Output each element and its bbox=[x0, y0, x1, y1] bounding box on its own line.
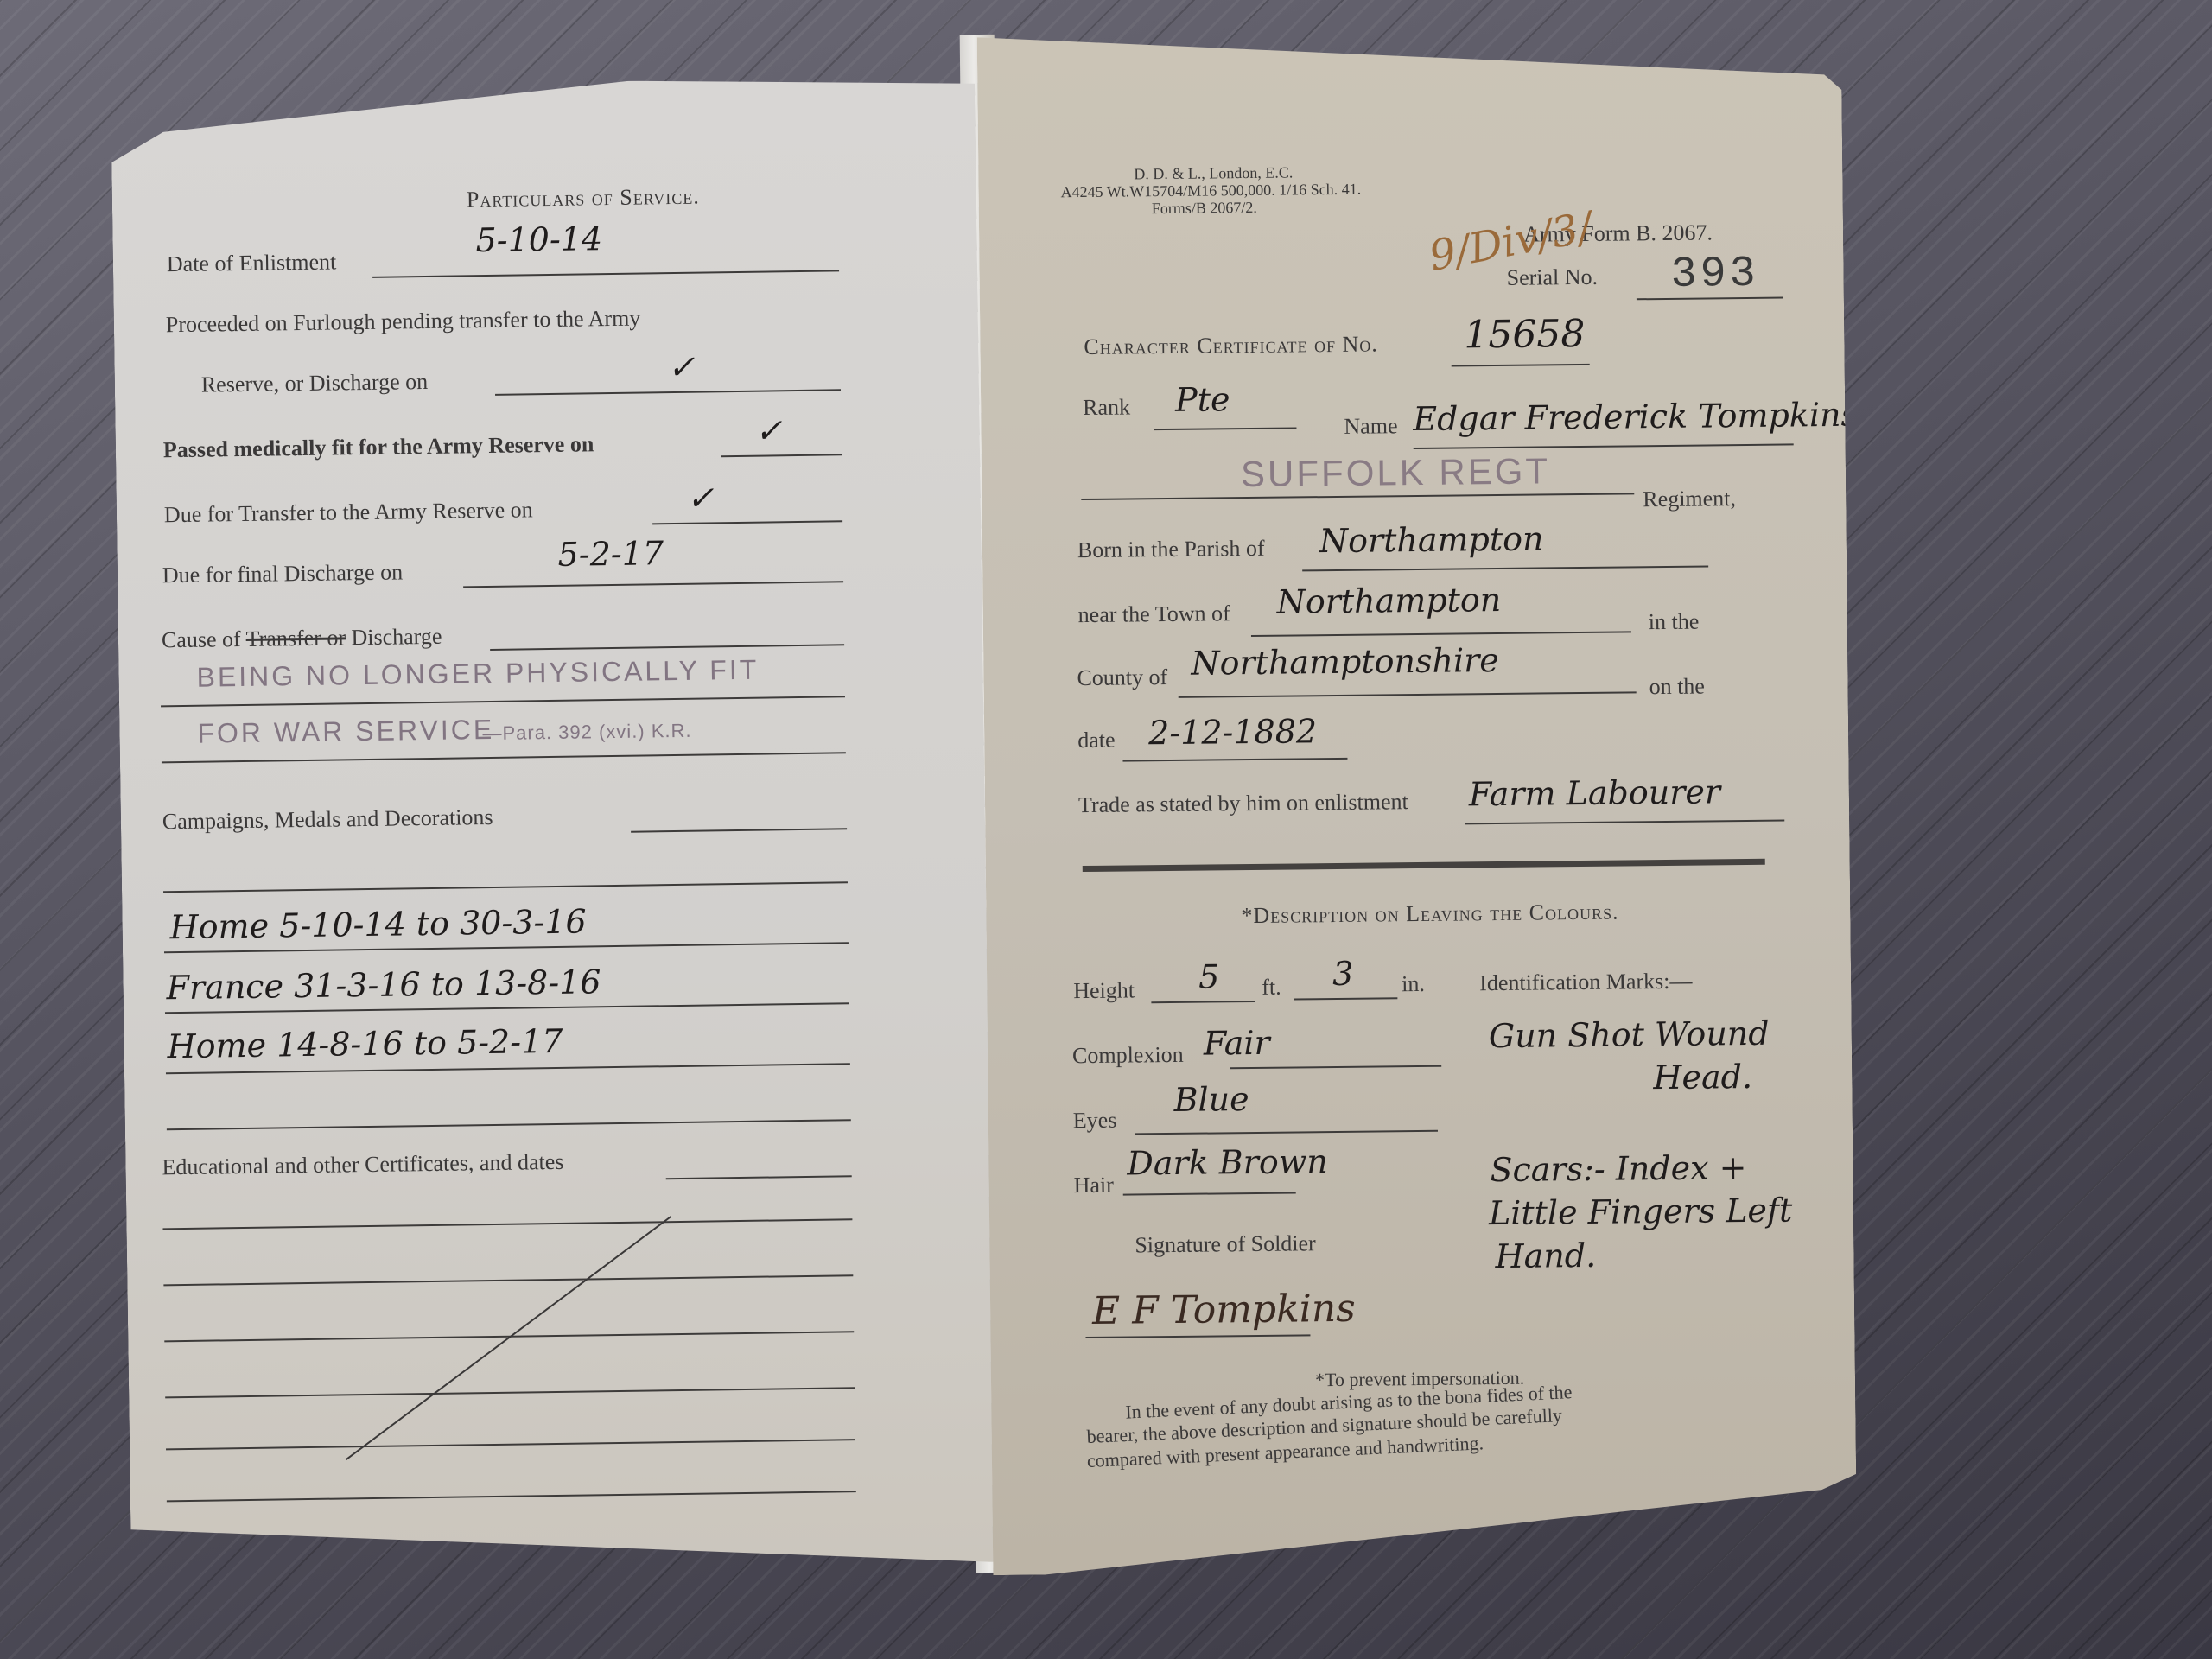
rank-value: Pte bbox=[1175, 380, 1230, 419]
page-heading: Particulars of Service. bbox=[467, 184, 700, 213]
campaigns-line-5 bbox=[167, 1119, 851, 1130]
eyes-line bbox=[1135, 1130, 1438, 1135]
parish-value: Northampton bbox=[1319, 519, 1544, 560]
complexion-label: Complexion bbox=[1072, 1042, 1184, 1069]
description-heading: *Description on Leaving the Colours. bbox=[1241, 899, 1618, 930]
town-line bbox=[1251, 631, 1631, 637]
section-divider bbox=[1083, 859, 1765, 872]
complexion-value: Fair bbox=[1204, 1024, 1270, 1063]
serial-line bbox=[1637, 297, 1783, 301]
medically-fit-line bbox=[721, 454, 842, 457]
date-value: 2-12-1882 bbox=[1148, 712, 1317, 752]
certificate-number: 15658 bbox=[1464, 312, 1586, 357]
character-certificate-page: D. D. & L., London, E.C. A4245 Wt.W15704… bbox=[977, 29, 1858, 1575]
campaign-entry-3: Home 14-8-16 to 5-2-17 bbox=[167, 1022, 563, 1065]
transfer-reserve-tick: ✓ bbox=[686, 479, 714, 517]
campaigns-label: Campaigns, Medals and Decorations bbox=[162, 804, 493, 835]
scars-line-3: Hand. bbox=[1495, 1236, 1596, 1275]
certificates-line-6 bbox=[167, 1491, 856, 1502]
transfer-reserve-label: Due for Transfer to the Army Reserve on bbox=[164, 497, 533, 528]
hair-value: Dark Brown bbox=[1127, 1142, 1328, 1182]
ft-label: ft. bbox=[1262, 975, 1281, 1001]
complexion-line bbox=[1230, 1065, 1441, 1070]
height-label: Height bbox=[1073, 977, 1135, 1004]
name-line bbox=[1414, 443, 1794, 449]
in-label: in. bbox=[1402, 971, 1425, 997]
cause-stamp-ref: —Para. 392 (xvi.) K.R. bbox=[482, 720, 691, 745]
furlough-label: Proceeded on Furlough pending transfer t… bbox=[166, 306, 641, 339]
certificates-line-2 bbox=[163, 1274, 853, 1286]
cause-line-2 bbox=[161, 696, 845, 707]
campaign-entry-2: France 31-3-16 to 13-8-16 bbox=[166, 963, 601, 1007]
campaigns-line-1 bbox=[163, 881, 848, 893]
date-label: date bbox=[1077, 728, 1116, 753]
medically-fit-tick: ✓ bbox=[754, 411, 782, 449]
identification-marks-label: Identification Marks:— bbox=[1479, 969, 1693, 997]
cause-line-1 bbox=[490, 644, 844, 651]
certificates-label: Educational and other Certificates, and … bbox=[162, 1149, 563, 1180]
soldier-signature: E F Tompkins bbox=[1092, 1287, 1356, 1333]
certificates-line-5 bbox=[166, 1439, 855, 1450]
height-ft-line bbox=[1151, 1001, 1255, 1003]
enlistment-value: 5-10-14 bbox=[475, 219, 602, 259]
trade-line bbox=[1465, 820, 1784, 825]
final-discharge-value: 5-2-17 bbox=[557, 534, 664, 574]
scars-line-1: Scars:- Index + bbox=[1490, 1148, 1746, 1189]
rank-label: Rank bbox=[1083, 394, 1130, 421]
name-value: Edgar Frederick Tompkins bbox=[1413, 396, 1858, 438]
hair-label: Hair bbox=[1073, 1173, 1114, 1198]
campaigns-line-4 bbox=[166, 1063, 850, 1074]
cause-prefix: Cause of bbox=[162, 626, 241, 652]
scars-line-2: Little Fingers Left bbox=[1489, 1191, 1793, 1232]
county-line bbox=[1179, 691, 1637, 698]
final-discharge-label: Due for final Discharge on bbox=[162, 559, 404, 588]
cause-line-3 bbox=[162, 752, 846, 763]
town-value: Northampton bbox=[1276, 581, 1501, 621]
id-marks-line-2: Head. bbox=[1653, 1058, 1752, 1096]
serial-label: Serial No. bbox=[1507, 264, 1599, 291]
trade-value: Farm Labourer bbox=[1469, 772, 1721, 813]
certificates-line-0 bbox=[666, 1175, 852, 1179]
eyes-label: Eyes bbox=[1073, 1108, 1117, 1135]
trade-label: Trade as stated by him on enlistment bbox=[1078, 789, 1408, 818]
signature-line bbox=[1085, 1334, 1310, 1338]
reserve-discharge-line bbox=[495, 389, 841, 396]
transfer-reserve-line bbox=[652, 520, 842, 524]
in-the-label: in the bbox=[1649, 609, 1700, 636]
town-label: near the Town of bbox=[1078, 601, 1230, 628]
parish-line bbox=[1302, 565, 1708, 571]
signature-label: Signature of Soldier bbox=[1135, 1230, 1316, 1258]
regiment-label: Regiment, bbox=[1643, 486, 1736, 512]
cause-struck-text: Transfer or bbox=[245, 625, 346, 652]
on-the-label: on the bbox=[1649, 674, 1705, 701]
campaign-entry-1: Home 5-10-14 to 30-3-16 bbox=[169, 902, 587, 946]
parish-label: Born in the Parish of bbox=[1077, 536, 1265, 563]
final-discharge-line bbox=[463, 581, 843, 588]
certificate-number-line bbox=[1452, 364, 1590, 367]
reserve-discharge-tick: ✓ bbox=[667, 348, 695, 386]
height-in-line bbox=[1294, 997, 1397, 1000]
certificate-label: Character Certificate of No. bbox=[1084, 331, 1378, 360]
particulars-of-service-page: Particulars of Service. Date of Enlistme… bbox=[111, 76, 995, 1574]
certificates-line-1 bbox=[162, 1218, 852, 1230]
name-label: Name bbox=[1344, 413, 1397, 440]
serial-value: 393 bbox=[1670, 250, 1759, 300]
eyes-value: Blue bbox=[1173, 1080, 1249, 1119]
county-value: Northamptonshire bbox=[1191, 641, 1499, 683]
enlistment-label: Date of Enlistment bbox=[167, 249, 337, 277]
medically-fit-label: Passed medically fit for the Army Reserv… bbox=[163, 431, 594, 463]
hair-line bbox=[1123, 1192, 1296, 1195]
county-label: County of bbox=[1077, 664, 1167, 691]
campaigns-line-0 bbox=[631, 828, 847, 832]
rank-line bbox=[1154, 427, 1296, 430]
regiment-stamp: SUFFOLK REGT bbox=[1241, 450, 1551, 495]
date-line bbox=[1122, 758, 1347, 762]
cause-stamp-line2: FOR WAR SERVICE bbox=[197, 714, 494, 750]
id-marks-line-1: Gun Shot Wound bbox=[1489, 1014, 1770, 1055]
reserve-discharge-label: Reserve, or Discharge on bbox=[201, 369, 429, 398]
height-ft-value: 5 bbox=[1198, 957, 1220, 995]
enlistment-line bbox=[372, 270, 839, 278]
cause-of-discharge-label: Cause of Transfer or Discharge bbox=[162, 624, 442, 654]
certificates-line-4 bbox=[165, 1387, 855, 1398]
cause-suffix: Discharge bbox=[351, 624, 442, 650]
height-in-value: 3 bbox=[1332, 955, 1354, 993]
printer-line-3: Forms/B 2067/2. bbox=[1152, 199, 1257, 218]
cause-stamp-line1: BEING NO LONGER PHYSICALLY FIT bbox=[196, 654, 759, 694]
